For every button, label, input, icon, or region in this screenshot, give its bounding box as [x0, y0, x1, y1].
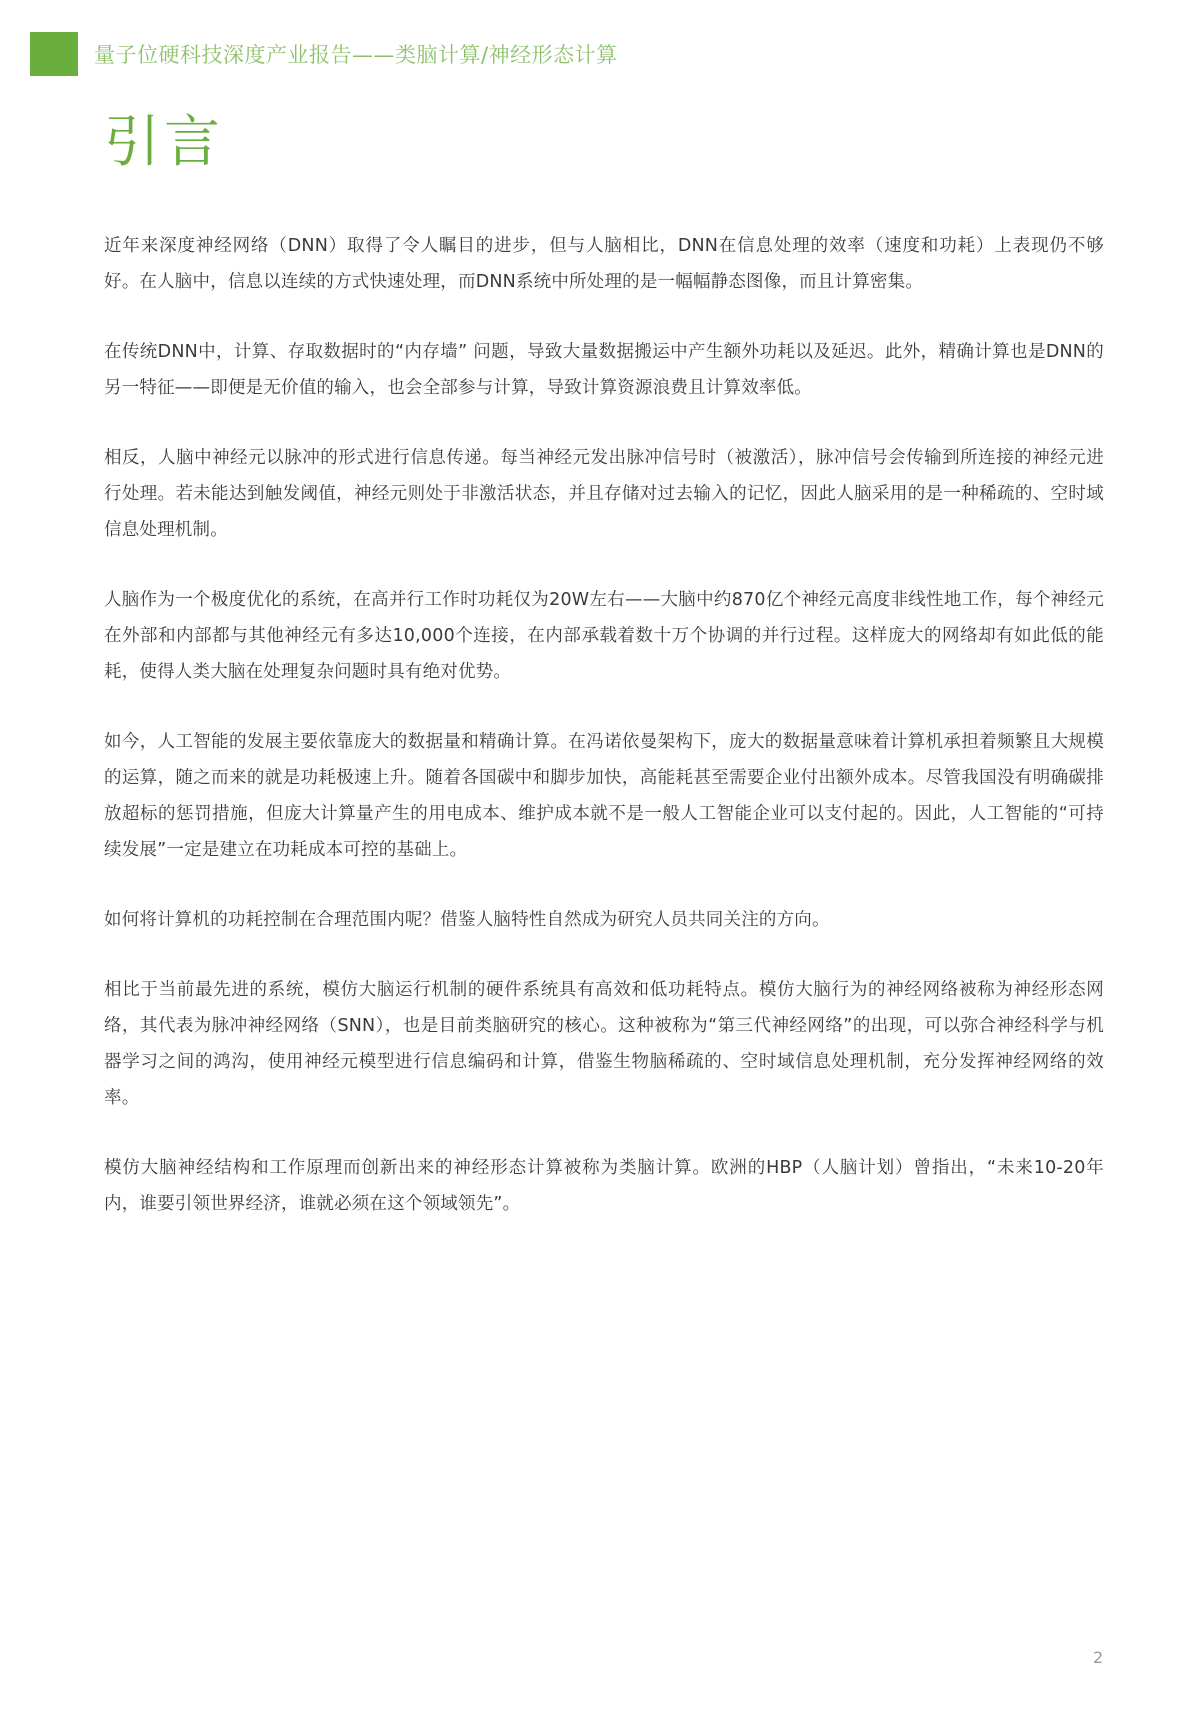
paragraph-ai-power-cost: 如今，人工智能的发展主要依靠庞大的数据量和精确计算。在冯诺依曼架构下，庞大的数据… [104, 724, 1104, 868]
report-series-title: 量子位硬科技深度产业报告——类脑计算/神经形态计算 [94, 39, 618, 69]
body-text: 近年来深度神经网络（DNN）取得了令人瞩目的进步，但与人脑相比，DNN在信息处理… [104, 228, 1104, 1256]
paragraph-dnn-progress: 近年来深度神经网络（DNN）取得了令人瞩目的进步，但与人脑相比，DNN在信息处理… [104, 228, 1104, 300]
report-header: 量子位硬科技深度产业报告——类脑计算/神经形态计算 [30, 32, 618, 76]
paragraph-brain-efficiency: 人脑作为一个极度优化的系统，在高并行工作时功耗仅为20W左右——大脑中约870亿… [104, 582, 1104, 690]
page-number: 2 [1093, 1648, 1103, 1667]
paragraph-question: 如何将计算机的功耗控制在合理范围内呢？借鉴人脑特性自然成为研究人员共同关注的方向… [104, 902, 1104, 938]
page-title: 引言 [104, 108, 224, 178]
header-accent-square [30, 32, 78, 76]
paragraph-memory-wall: 在传统DNN中，计算、存取数据时的“内存墙” 问题，导致大量数据搬运中产生额外功… [104, 334, 1104, 406]
paragraph-snn: 相比于当前最先进的系统，模仿大脑运行机制的硬件系统具有高效和低功耗特点。模仿大脑… [104, 972, 1104, 1116]
paragraph-spiking-neurons: 相反，人脑中神经元以脉冲的形式进行信息传递。每当神经元发出脉冲信号时（被激活），… [104, 440, 1104, 548]
paragraph-hbp-quote: 模仿大脑神经结构和工作原理而创新出来的神经形态计算被称为类脑计算。欧洲的HBP（… [104, 1150, 1104, 1222]
